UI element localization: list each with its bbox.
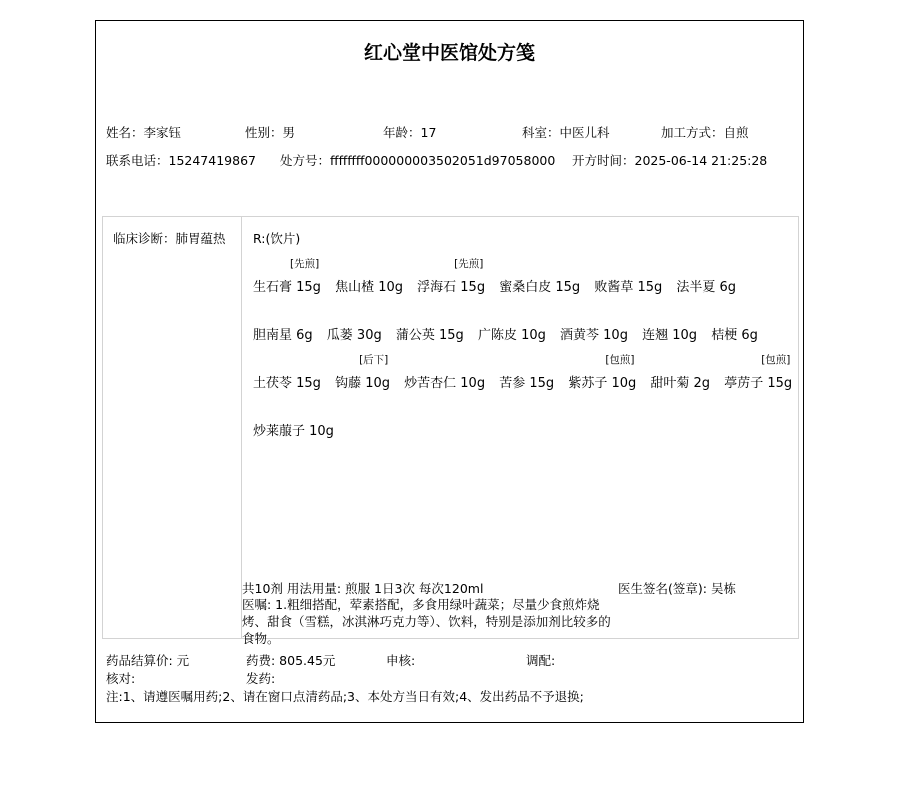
patient-age: 年龄：17: [383, 123, 436, 141]
prescription-sheet: 红心堂中医馆处方笺 姓名：李家钰 性别：男 年龄：17 科室：中医儿科 加工方式…: [95, 20, 804, 723]
department: 科室：中医儿科: [522, 123, 610, 141]
medical-advice: 医嘱: 1.粗细搭配，荤素搭配，多食用绿叶蔬菜；尽量少食煎炸烧烤、甜食（雪糕，冰…: [242, 596, 616, 647]
herb-item: 焦山楂 10g: [335, 276, 403, 295]
herb-item: 法半夏 6g: [676, 276, 736, 295]
review-field: 申核:: [386, 651, 415, 669]
herb-line-3: 土茯苓 15g [后下]钩藤 10g 炒苦杏仁 10g 苦参 15g [包煎]紫…: [253, 372, 802, 391]
herb-item: 桔梗 6g: [711, 324, 758, 343]
herb-item: 败酱草 15g: [594, 276, 662, 295]
herb-line-1: [先煎]生石膏 15g 焦山楂 10g [先煎]浮海石 15g 蜜桑白皮 15g…: [253, 276, 746, 295]
herb-note: [包煎]: [605, 352, 634, 367]
contact-phone: 联系电话：15247419867: [106, 151, 256, 169]
herb-line-2: 胆南星 6g 瓜蒌 30g 蒲公英 15g 广陈皮 10g 酒黄芩 10g 连翘…: [253, 324, 768, 343]
herb-item: 连翘 10g: [642, 324, 697, 343]
check-field: 核对:: [106, 669, 135, 687]
herb-item: 苦参 15g: [499, 372, 554, 391]
herb-item: [包煎]紫苏子 10g: [568, 372, 636, 391]
rx-header: R:(饮片): [253, 229, 300, 247]
herb-note: [包煎]: [761, 352, 790, 367]
herb-item: 酒黄芩 10g: [560, 324, 628, 343]
herb-item: 炒苦杏仁 10g: [404, 372, 485, 391]
herb-note: [先煎]: [454, 256, 483, 271]
clinical-diagnosis: 临床诊断：肺胃蕴热: [113, 229, 226, 247]
page-title: 红心堂中医馆处方笺: [96, 38, 803, 65]
settlement-price: 药品结算价: 元: [106, 651, 189, 669]
herb-item: 瓜蒌 30g: [327, 324, 382, 343]
herb-item: 胆南星 6g: [253, 324, 313, 343]
herb-item: 土茯苓 15g: [253, 372, 321, 391]
herb-item: [先煎]浮海石 15g: [417, 276, 485, 295]
herb-item: [包煎]葶苈子 15g: [724, 372, 792, 391]
patient-name: 姓名：李家钰: [106, 123, 181, 141]
herb-note: [后下]: [359, 352, 388, 367]
herb-item: 炒莱菔子 10g: [253, 420, 334, 439]
herb-line-4: 炒莱菔子 10g: [253, 420, 344, 439]
issue-field: 发药:: [246, 669, 275, 687]
diagnosis-column: 临床诊断：肺胃蕴热: [103, 217, 242, 638]
herb-item: [后下]钩藤 10g: [335, 372, 390, 391]
processing-method: 加工方式：自煎: [661, 123, 749, 141]
herb-item: 蒲公英 15g: [396, 324, 464, 343]
footer-notes: 注:1、请遵医嘱用药;2、请在窗口点清药品;3、本处方当日有效;4、发出药品不予…: [106, 687, 584, 705]
herb-item: [先煎]生石膏 15g: [253, 276, 321, 295]
patient-gender: 性别：男: [245, 123, 295, 141]
herb-item: 甜叶菊 2g: [650, 372, 710, 391]
herb-note: [先煎]: [290, 256, 319, 271]
herb-item: 广陈皮 10g: [478, 324, 546, 343]
herb-item: 蜜桑白皮 15g: [499, 276, 580, 295]
dispense-field: 调配:: [526, 651, 555, 669]
prescription-time: 开方时间：2025-06-14 21:25:28: [572, 151, 767, 169]
doctor-signature: 医生签名(签章): 吴栋: [618, 579, 736, 597]
prescription-number: 处方号：ffffffff000000003502051d97058000: [280, 151, 555, 169]
usage-dosage: 共10剂 用法用量: 煎服 1日3次 每次120ml: [242, 579, 483, 597]
prescription-table: 临床诊断：肺胃蕴热 R:(饮片) [先煎]生石膏 15g 焦山楂 10g [先煎…: [102, 216, 799, 639]
medicine-fee: 药费: 805.45元: [246, 651, 335, 669]
